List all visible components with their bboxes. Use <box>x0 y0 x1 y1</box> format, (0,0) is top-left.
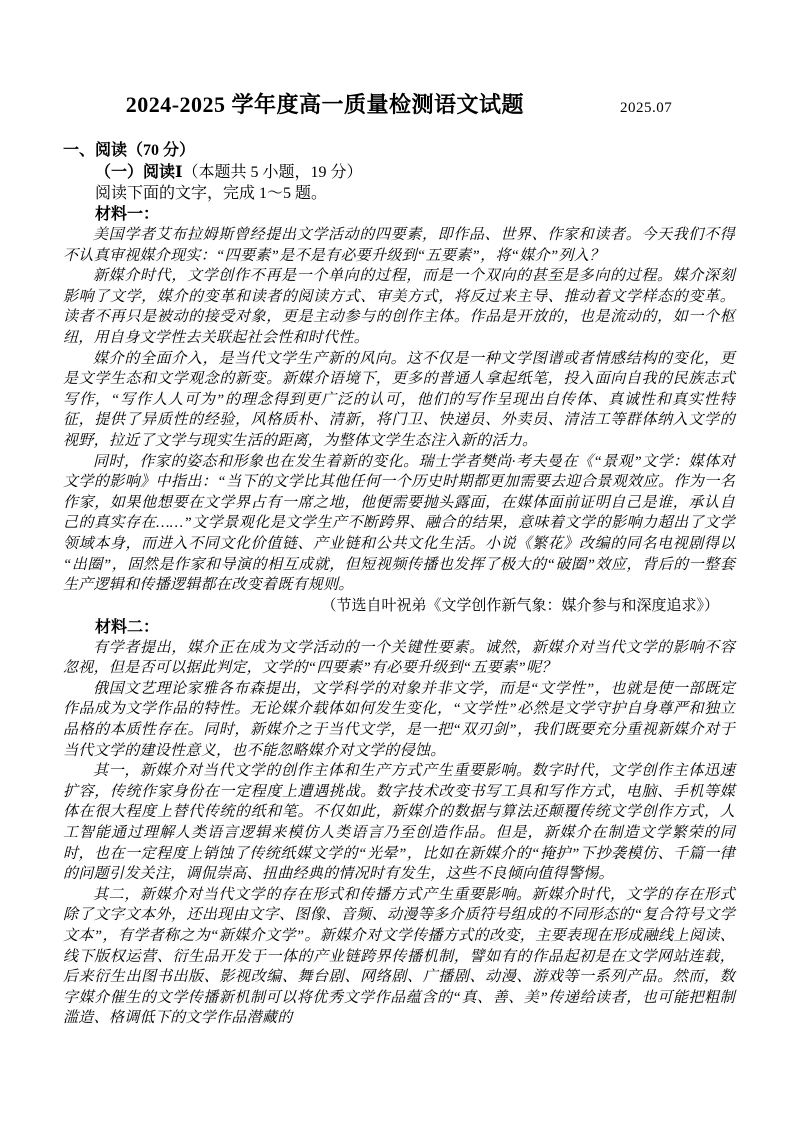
page-title: 2024-2025 学年度高一质量检测语文试题 <box>126 90 524 120</box>
section-heading-reading: 一、阅读（70 分） <box>63 140 735 162</box>
exam-paper-page: 2024-2025 学年度高一质量检测语文试题 2025.07 一、阅读（70 … <box>0 0 793 1122</box>
doc-header: 2024-2025 学年度高一质量检测语文试题 2025.07 <box>63 90 735 123</box>
subsection-heading: （一）阅读Ⅰ（本题共 5 小题，19 分） <box>95 162 735 183</box>
reading-instruction: 阅读下面的文字，完成 1～5 题。 <box>95 183 735 204</box>
material2-paragraph: 其一，新媒介对当代文学的创作主体和生产方式产生重要影响。数字时代，文学创作主体迅… <box>63 761 735 885</box>
material1-source: （节选自叶祝弟《文学创作新气象：媒介参与和深度追求》） <box>63 596 735 617</box>
subsection-info: （本题共 5 小题，19 分） <box>183 164 363 181</box>
material2-paragraph: 俄国文艺理论家雅各布森提出，文学科学的对象并非文学，而是“文学性”，也就是使一部… <box>63 679 735 761</box>
material1-label: 材料一： <box>63 204 735 225</box>
material2-body: 有学者提出，媒介正在成为文学活动的一个关键性要素。诚然，新媒介对当代文学的影响不… <box>63 638 735 1029</box>
material2-label: 材料二： <box>63 617 735 638</box>
material1-body: 美国学者艾布拉姆斯曾经提出文学活动的四要素，即作品、世界、作家和读者。今天我们不… <box>63 225 735 596</box>
subsection-title: （一）阅读Ⅰ <box>95 164 183 181</box>
material1-paragraph: 新媒介时代，文学创作不再是一个单向的过程，而是一个双向的甚至是多向的过程。媒介深… <box>63 266 735 348</box>
material1-paragraph: 同时，作家的姿态和形象也在发生着新的变化。瑞士学者樊尚·考夫曼在《“景观”文学：… <box>63 452 735 596</box>
exam-date: 2025.07 <box>620 93 672 123</box>
material2-paragraph: 有学者提出，媒介正在成为文学活动的一个关键性要素。诚然，新媒介对当代文学的影响不… <box>63 638 735 679</box>
material1-paragraph: 媒介的全面介入，是当代文学生产新的风向。这不仅是一种文学图谱或者情感结构的变化，… <box>63 349 735 452</box>
material2-paragraph: 其二，新媒介对当代文学的存在形式和传播方式产生重要影响。新媒介时代，文学的存在形… <box>63 885 735 1029</box>
material1-paragraph: 美国学者艾布拉姆斯曾经提出文学活动的四要素，即作品、世界、作家和读者。今天我们不… <box>63 225 735 266</box>
